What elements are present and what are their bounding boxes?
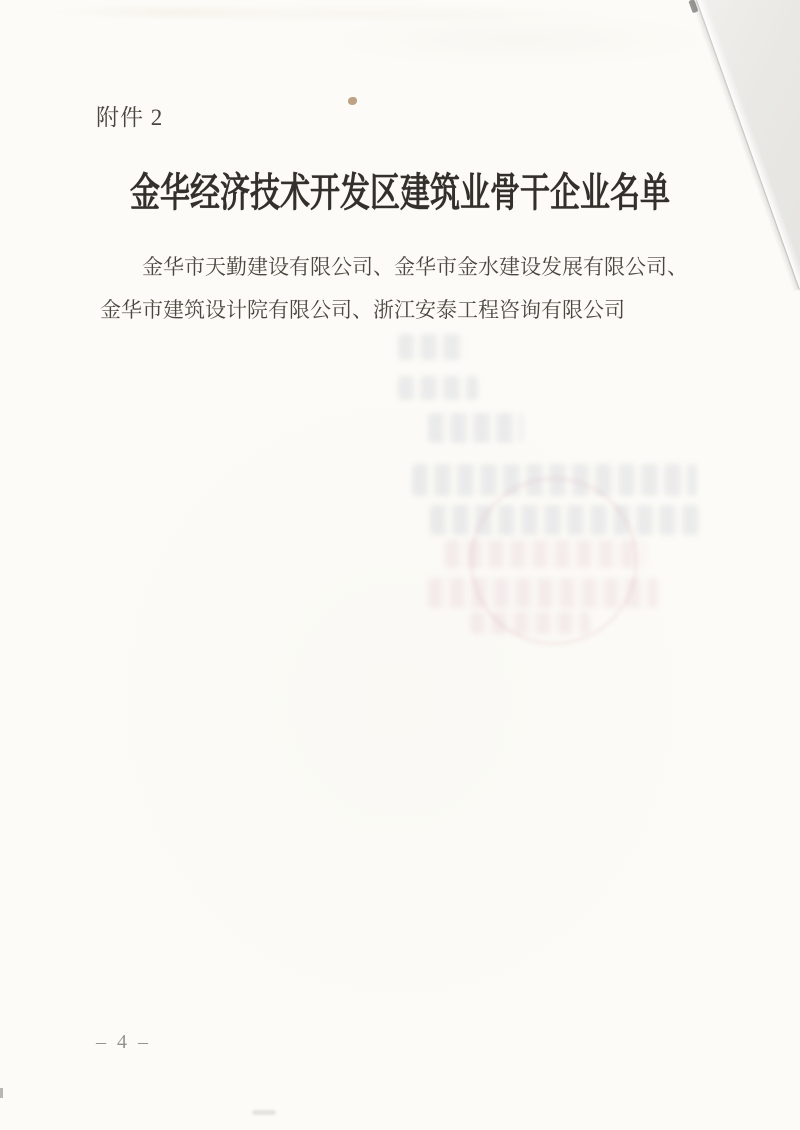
scanned-document-page: 附件 2 金华经济技术开发区建筑业骨干企业名单 金华市天勤建设有限公司、金华市金… [0,0,800,1130]
paper-smudge [252,1110,276,1115]
paper-speck [348,97,357,105]
bleedthrough-text-row [428,413,523,443]
bleedthrough-text-row [445,540,645,568]
company-list-line: 金华市天勤建设有限公司、金华市金水建设发展有限公司、 [100,246,700,289]
document-title: 金华经济技术开发区建筑业骨干企业名单 [100,171,700,215]
bleedthrough-text-row [430,505,700,535]
paper-speck [0,1088,3,1098]
bleedthrough-text-row [398,334,466,360]
page-number: – 4 – [96,1031,151,1054]
bleedthrough-text-row [428,578,658,608]
bleedthrough-seal [470,477,638,645]
attachment-label: 附件 2 [96,104,163,132]
company-list-line: 金华市建筑设计院有限公司、浙江安泰工程咨询有限公司 [100,289,700,332]
bleedthrough-text-row [470,612,590,634]
bleedthrough-text-row [412,464,697,496]
company-list-paragraph: 金华市天勤建设有限公司、金华市金水建设发展有限公司、 金华市建筑设计院有限公司、… [100,246,700,332]
bleedthrough-text-row [398,376,478,400]
